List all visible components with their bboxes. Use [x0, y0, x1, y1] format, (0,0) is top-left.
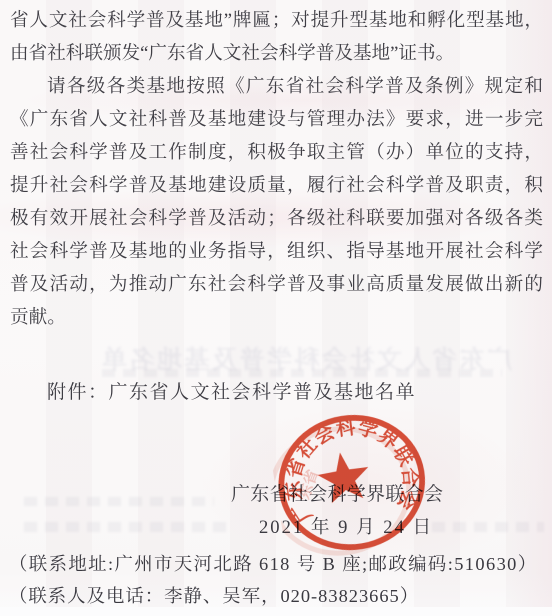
body-line: 请各级各类基地按照《广东省社会科学普及条例》规定和 — [10, 70, 543, 103]
body-line: 提升社会科学普及基地建设质量，履行社会科学普及职责，积 — [10, 169, 543, 202]
bleedthrough-smudge — [432, 522, 544, 532]
contact-address: （联系地址:广州市天河北路 618 号 B 座;邮政编码:510630） — [9, 550, 538, 576]
bleedthrough-text: 广东省人文社会科学普及基地名单 — [96, 340, 512, 368]
attachment-title: 广东省人文社会科学普及基地名单 — [109, 382, 417, 403]
body-line: 普及活动，为推动广东社会科学普及事业高质量发展做出新的 — [10, 268, 543, 301]
body-line: 极有效开展社会科学普及活动；各级社科联要加强对各级各类 — [10, 202, 543, 235]
attachment-line: 附件：广东省人文社会科学普及基地名单 — [10, 377, 416, 404]
page-bottom-edge — [0, 607, 552, 616]
seal-graphic: 东省 广东省社会科学界联合会 — [266, 403, 438, 565]
body-line: 由省社科联颁发“广东省人文社会科学普及基地”证书。 — [10, 37, 543, 70]
attachment-label: 附件： — [47, 382, 109, 403]
official-letter-page: 省人文社会科学普及基地”牌匾；对提升型基地和孵化型基地， 由省社科联颁发“广东省… — [0, 0, 552, 616]
bleedthrough-smudge — [24, 522, 232, 532]
star-icon — [315, 448, 373, 504]
body-line: 《广东省人文社科普及基地建设与管理办法》要求，进一步完 — [10, 103, 543, 136]
bleedthrough-smudge — [24, 497, 214, 506]
body-text: 省人文社会科学普及基地”牌匾；对提升型基地和孵化型基地， 由省社科联颁发“广东省… — [10, 4, 543, 334]
official-seal: 东省 广东省社会科学界联合会 — [266, 403, 438, 565]
contact-person-phone: （联系人及电话：李静、吴军，020-83823665） — [9, 582, 419, 608]
body-line: 善社会科学普及工作制度，积极争取主管（办）单位的支持， — [10, 136, 543, 169]
body-line: 省人文社会科学普及基地”牌匾；对提升型基地和孵化型基地， — [10, 4, 543, 37]
body-line: 贡献。 — [10, 301, 543, 334]
body-line: 社会科学普及基地的业务指导，组织、指导基地开展社会科学 — [10, 235, 543, 268]
